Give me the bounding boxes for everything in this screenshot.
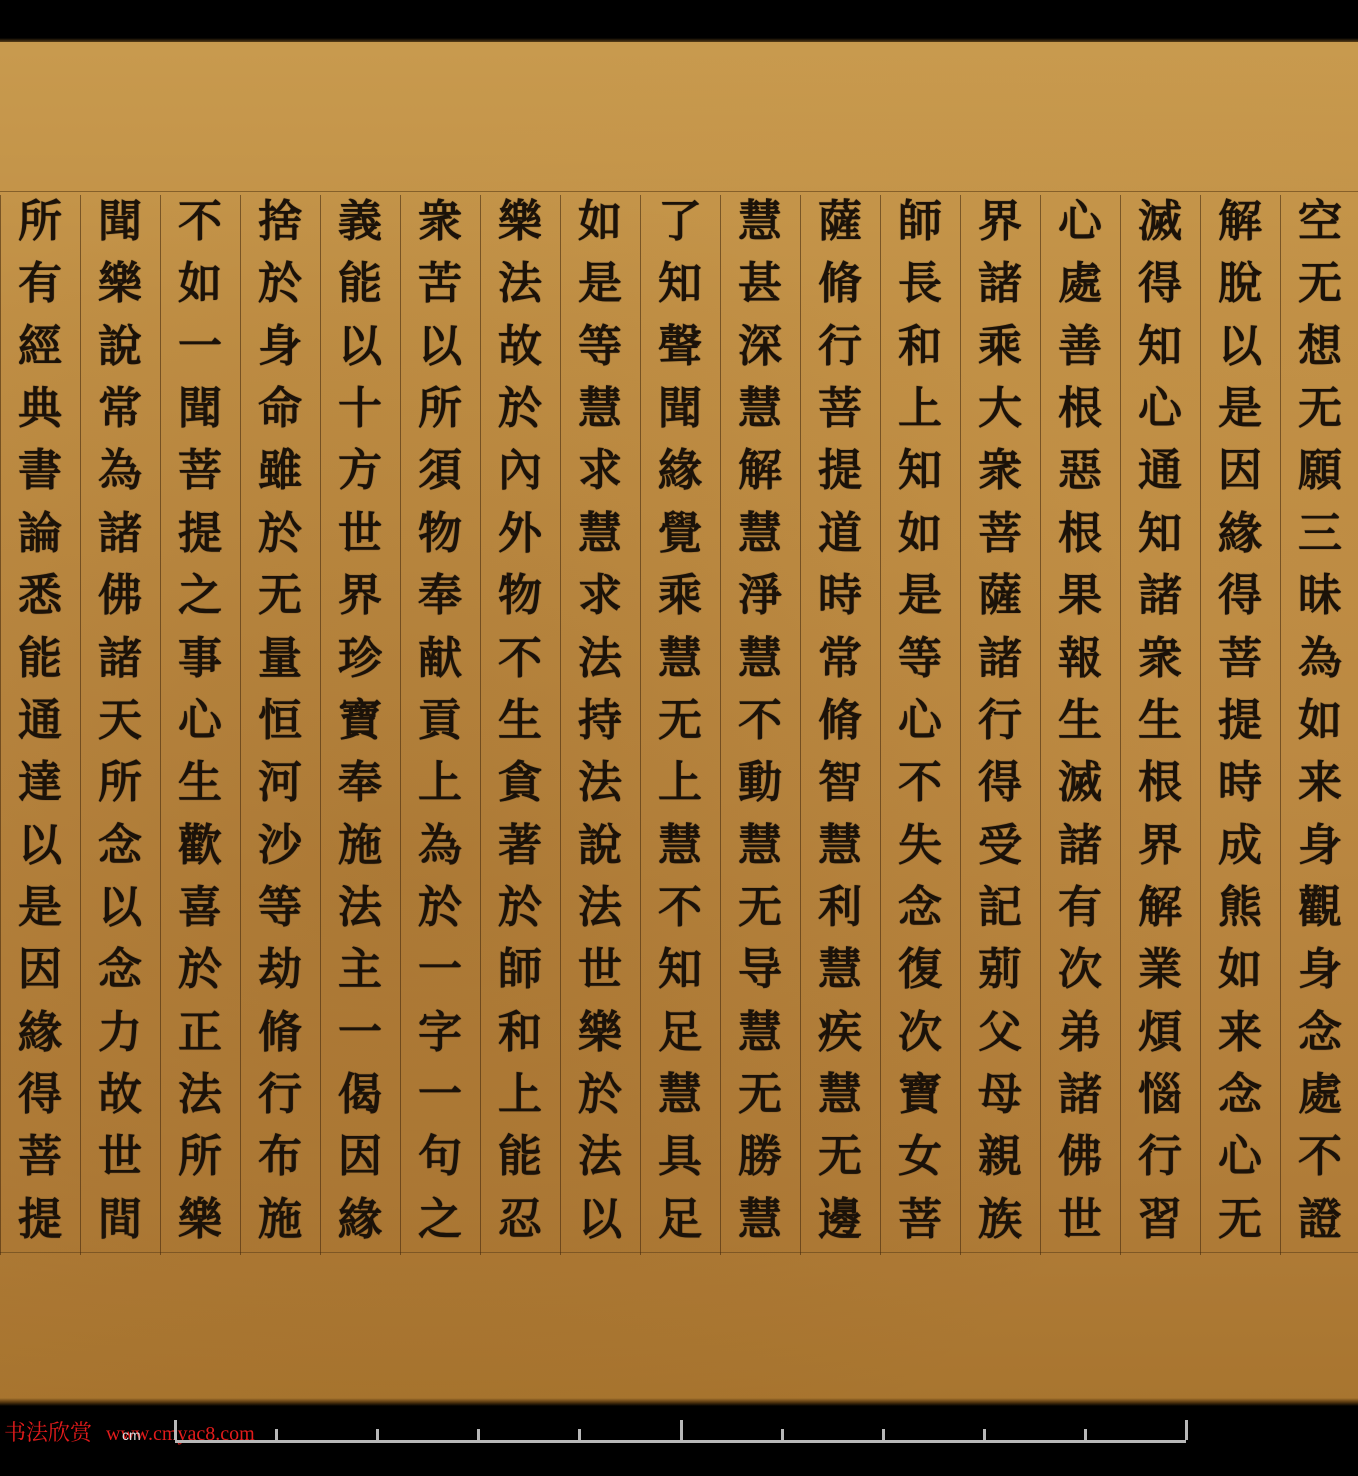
calligraphy-character: 義: [338, 200, 382, 257]
calligraphy-character: 是: [578, 262, 622, 319]
calligraphy-character: 三: [1298, 512, 1342, 569]
calligraphy-character: 生: [1138, 699, 1182, 756]
calligraphy-character: 知: [1138, 325, 1182, 382]
calligraphy-character: 佛: [98, 574, 142, 631]
ruler-unit-label: cm: [122, 1427, 141, 1443]
ruler-tick: [275, 1429, 278, 1440]
calligraphy-character: 心: [1138, 387, 1182, 444]
calligraphy-character: 深: [738, 325, 782, 382]
calligraphy-character: 惱: [1138, 1073, 1182, 1130]
text-column: 如是等慧求慧求法持法說法世樂於法以: [560, 195, 639, 1255]
calligraphy-character: 諸: [1058, 824, 1102, 881]
calligraphy-character: 上: [498, 1073, 542, 1130]
calligraphy-character: 師: [498, 948, 542, 1005]
calligraphy-character: 故: [498, 325, 542, 382]
calligraphy-character: 是: [18, 886, 62, 943]
calligraphy-character: 慧: [658, 1073, 702, 1130]
calligraphy-character: 所: [418, 387, 462, 444]
calligraphy-character: 捨: [258, 200, 302, 257]
text-column: 不如一聞菩提之事心生歡喜於正法所樂: [160, 195, 239, 1255]
calligraphy-character: 上: [658, 761, 702, 818]
calligraphy-character: 珍: [338, 637, 382, 694]
calligraphy-character: 脩: [818, 699, 862, 756]
calligraphy-character: 於: [258, 512, 302, 569]
text-column: 義能以十方世界珍寶奉施法主一偈因緣: [320, 195, 399, 1255]
calligraphy-character: 不: [658, 886, 702, 943]
calligraphy-character: 以: [1218, 325, 1262, 382]
calligraphy-character: 无: [258, 574, 302, 631]
calligraphy-character: 河: [258, 761, 302, 818]
calligraphy-character: 行: [258, 1073, 302, 1130]
scroll-bottom-edge: [0, 1398, 1358, 1406]
calligraphy-character: 業: [1138, 948, 1182, 1005]
calligraphy-character: 以: [418, 325, 462, 382]
calligraphy-character: 施: [338, 824, 382, 881]
calligraphy-character: 一: [418, 1073, 462, 1130]
calligraphy-character: 一: [178, 325, 222, 382]
calligraphy-character: 慧: [738, 824, 782, 881]
calligraphy-character: 為: [418, 824, 462, 881]
calligraphy-character: 知: [658, 948, 702, 1005]
calligraphy-character: 无: [738, 1073, 782, 1130]
calligraphy-character: 沙: [258, 824, 302, 881]
calligraphy-character: 於: [498, 886, 542, 943]
calligraphy-character: 諸: [98, 512, 142, 569]
calligraphy-character: 衆: [418, 200, 462, 257]
text-column: 心處善根惡根果報生滅諸有次弟諸佛世: [1040, 195, 1119, 1255]
calligraphy-character: 記: [978, 886, 1022, 943]
calligraphy-character: 脩: [818, 262, 862, 319]
text-column: 樂法故於內外物不生貪著於師和上能忍: [480, 195, 559, 1255]
calligraphy-character: 通: [1138, 449, 1182, 506]
calligraphy-character: 劫: [258, 948, 302, 1005]
calligraphy-character: 不: [898, 761, 942, 818]
calligraphy-character: 法: [578, 1135, 622, 1192]
calligraphy-character: 不: [178, 200, 222, 257]
calligraphy-character: 緣: [658, 449, 702, 506]
calligraphy-character: 長: [898, 262, 942, 319]
calligraphy-character: 成: [1218, 824, 1262, 881]
scale-ruler: [175, 1440, 1186, 1443]
calligraphy-character: 所: [18, 200, 62, 257]
calligraphy-character: 族: [978, 1198, 1022, 1255]
calligraphy-character: 乘: [978, 325, 1022, 382]
ruler-tick: [1084, 1429, 1087, 1440]
calligraphy-character: 主: [338, 948, 382, 1005]
text-column: 空无想无願三昧為如来身觀身念處不證: [1280, 195, 1358, 1255]
calligraphy-character: 菩: [898, 1198, 942, 1255]
calligraphy-character: 次: [898, 1011, 942, 1068]
calligraphy-character: 一: [418, 948, 462, 1005]
calligraphy-character: 等: [258, 886, 302, 943]
calligraphy-character: 如: [1218, 948, 1262, 1005]
calligraphy-character: 无: [658, 699, 702, 756]
calligraphy-character: 所: [98, 761, 142, 818]
ruler-tick: [983, 1429, 986, 1440]
calligraphy-character: 故: [98, 1073, 142, 1130]
calligraphy-character: 无: [818, 1135, 862, 1192]
calligraphy-character: 以: [18, 824, 62, 881]
calligraphy-character: 聞: [658, 387, 702, 444]
calligraphy-character: 了: [658, 200, 702, 257]
calligraphy-character: 慧: [818, 1073, 862, 1130]
calligraphy-character: 足: [658, 1011, 702, 1068]
calligraphy-character: 力: [98, 1011, 142, 1068]
calligraphy-character: 求: [578, 574, 622, 631]
calligraphy-character: 不: [498, 637, 542, 694]
calligraphy-character: 念: [1218, 1073, 1262, 1130]
calligraphy-character: 句: [418, 1135, 462, 1192]
calligraphy-character: 佛: [1058, 1135, 1102, 1192]
calligraphy-character: 来: [1218, 1011, 1262, 1068]
calligraphy-character: 慧: [578, 512, 622, 569]
calligraphy-character: 物: [498, 574, 542, 631]
ruler-tick: [1185, 1420, 1188, 1440]
calligraphy-character: 智: [818, 761, 862, 818]
calligraphy-character: 心: [1218, 1135, 1262, 1192]
calligraphy-character: 提: [1218, 699, 1262, 756]
calligraphy-character: 世: [578, 948, 622, 1005]
calligraphy-character: 忍: [498, 1198, 542, 1255]
calligraphy-character: 諸: [1138, 574, 1182, 631]
calligraphy-character: 慧: [658, 637, 702, 694]
calligraphy-character: 於: [498, 387, 542, 444]
calligraphy-character: 願: [1298, 449, 1342, 506]
calligraphy-character: 次: [1058, 948, 1102, 1005]
calligraphy-character: 之: [418, 1198, 462, 1255]
calligraphy-character: 偈: [338, 1073, 382, 1130]
calligraphy-character: 知: [658, 262, 702, 319]
calligraphy-character: 滅: [1058, 761, 1102, 818]
calligraphy-character: 如: [178, 262, 222, 319]
calligraphy-character: 內: [498, 449, 542, 506]
calligraphy-character: 道: [818, 512, 862, 569]
calligraphy-character: 一: [338, 1011, 382, 1068]
calligraphy-character: 諸: [978, 637, 1022, 694]
calligraphy-character: 菩: [1218, 637, 1262, 694]
calligraphy-character: 得: [1138, 262, 1182, 319]
calligraphy-character: 薩: [818, 200, 862, 257]
calligraphy-character: 滅: [1138, 200, 1182, 257]
calligraphy-character: 菩: [178, 449, 222, 506]
text-column: 界諸乘大衆菩薩諸行得受記莂父母親族: [960, 195, 1039, 1255]
calligraphy-character: 身: [1298, 824, 1342, 881]
ruler-tick: [174, 1420, 177, 1440]
calligraphy-character: 緣: [18, 1011, 62, 1068]
calligraphy-character: 時: [1218, 761, 1262, 818]
calligraphy-character: 天: [98, 699, 142, 756]
calligraphy-character: 著: [498, 824, 542, 881]
calligraphy-character: 有: [1058, 886, 1102, 943]
calligraphy-character: 具: [658, 1135, 702, 1192]
calligraphy-character: 得: [1218, 574, 1262, 631]
calligraphy-character: 聞: [178, 387, 222, 444]
calligraphy-character: 生: [178, 761, 222, 818]
calligraphy-character: 煩: [1138, 1011, 1182, 1068]
calligraphy-character: 間: [98, 1198, 142, 1255]
calligraphy-character: 世: [98, 1135, 142, 1192]
calligraphy-character: 如: [898, 512, 942, 569]
calligraphy-character: 諸: [1058, 1073, 1102, 1130]
calligraphy-character: 奉: [418, 574, 462, 631]
calligraphy-character: 乘: [658, 574, 702, 631]
calligraphy-character: 說: [578, 824, 622, 881]
calligraphy-character: 慧: [818, 824, 862, 881]
calligraphy-character: 念: [898, 886, 942, 943]
calligraphy-character: 念: [98, 948, 142, 1005]
calligraphy-character: 上: [898, 387, 942, 444]
calligraphy-character: 外: [498, 512, 542, 569]
calligraphy-character: 所: [178, 1135, 222, 1192]
calligraphy-character: 慧: [818, 948, 862, 1005]
calligraphy-character: 命: [258, 387, 302, 444]
calligraphy-character: 解: [1218, 200, 1262, 257]
calligraphy-character: 覺: [658, 512, 702, 569]
calligraphy-character: 菩: [978, 512, 1022, 569]
calligraphy-character: 於: [578, 1073, 622, 1130]
calligraphy-character: 心: [1058, 200, 1102, 257]
ruler-tick: [781, 1429, 784, 1440]
calligraphy-character: 方: [338, 449, 382, 506]
calligraphy-character: 處: [1058, 262, 1102, 319]
calligraphy-character: 法: [178, 1073, 222, 1130]
calligraphy-character: 典: [18, 387, 62, 444]
calligraphy-character: 和: [898, 325, 942, 382]
calligraphy-character: 歡: [178, 824, 222, 881]
text-column: 師長和上知如是等心不失念復次寶女菩: [880, 195, 959, 1255]
calligraphy-character: 熊: [1218, 886, 1262, 943]
calligraphy-character: 於: [178, 948, 222, 1005]
calligraphy-character: 諸: [98, 637, 142, 694]
calligraphy-character: 无: [738, 886, 782, 943]
calligraphy-character: 通: [18, 699, 62, 756]
calligraphy-character: 和: [498, 1011, 542, 1068]
calligraphy-character: 報: [1058, 637, 1102, 694]
calligraphy-character: 莂: [978, 948, 1022, 1005]
calligraphy-character: 界: [1138, 824, 1182, 881]
calligraphy-character: 樂: [498, 200, 542, 257]
calligraphy-character: 不: [738, 699, 782, 756]
calligraphy-character: 處: [1298, 1073, 1342, 1130]
calligraphy-character: 菩: [818, 387, 862, 444]
ruler-tick: [376, 1429, 379, 1440]
calligraphy-character: 樂: [98, 262, 142, 319]
ruler-tick: [578, 1429, 581, 1440]
calligraphy-character: 以: [98, 886, 142, 943]
calligraphy-character: 失: [898, 824, 942, 881]
calligraphy-character: 貪: [498, 761, 542, 818]
calligraphy-character: 等: [898, 637, 942, 694]
text-column: 捨於身命雖於无量恒河沙等劫脩行布施: [240, 195, 319, 1255]
calligraphy-character: 能: [338, 262, 382, 319]
calligraphy-character: 根: [1138, 761, 1182, 818]
calligraphy-character: 女: [898, 1135, 942, 1192]
calligraphy-character: 常: [818, 637, 862, 694]
calligraphy-character: 如: [1298, 699, 1342, 756]
calligraphy-character: 是: [898, 574, 942, 631]
watermark-title: 书法欣赏: [4, 1416, 92, 1447]
calligraphy-character: 達: [18, 761, 62, 818]
calligraphy-character: 時: [818, 574, 862, 631]
calligraphy-character: 无: [1218, 1198, 1262, 1255]
calligraphy-character: 世: [338, 512, 382, 569]
calligraphy-character: 聲: [658, 325, 702, 382]
calligraphy-character: 寶: [898, 1073, 942, 1130]
calligraphy-character: 知: [1138, 512, 1182, 569]
calligraphy-character: 薩: [978, 574, 1022, 631]
calligraphy-character: 慧: [738, 200, 782, 257]
calligraphy-character: 緣: [1218, 512, 1262, 569]
calligraphy-character: 緣: [338, 1198, 382, 1255]
calligraphy-character: 弟: [1058, 1011, 1102, 1068]
calligraphy-character: 生: [498, 699, 542, 756]
calligraphy-character: 證: [1298, 1198, 1342, 1255]
ruled-line-top: [0, 191, 1358, 192]
ruler-tick: [882, 1429, 885, 1440]
calligraphy-character: 正: [178, 1011, 222, 1068]
calligraphy-character: 衆: [1138, 637, 1182, 694]
calligraphy-character: 脫: [1218, 262, 1262, 319]
calligraphy-character: 得: [978, 761, 1022, 818]
calligraphy-character: 求: [578, 449, 622, 506]
calligraphy-character: 善: [1058, 325, 1102, 382]
calligraphy-character: 等: [578, 325, 622, 382]
calligraphy-character: 提: [818, 449, 862, 506]
calligraphy-character: 得: [18, 1073, 62, 1130]
calligraphy-character: 昧: [1298, 574, 1342, 631]
text-column: 衆苦以所須物奉献貢上為於一字一句之: [400, 195, 479, 1255]
calligraphy-character: 動: [738, 761, 782, 818]
calligraphy-character: 於: [418, 886, 462, 943]
calligraphy-character: 法: [578, 886, 622, 943]
calligraphy-character: 書: [18, 449, 62, 506]
calligraphy-character: 母: [978, 1073, 1022, 1130]
calligraphy-character: 說: [98, 325, 142, 382]
calligraphy-character: 恒: [258, 699, 302, 756]
calligraphy-character: 利: [818, 886, 862, 943]
calligraphy-character: 十: [338, 387, 382, 444]
calligraphy-character: 行: [818, 325, 862, 382]
calligraphy-character: 勝: [738, 1135, 782, 1192]
text-column: 慧甚深慧解慧淨慧不動慧无导慧无勝慧: [720, 195, 799, 1255]
calligraphy-character: 因: [338, 1135, 382, 1192]
calligraphy-character: 衆: [978, 449, 1022, 506]
calligraphy-character: 慧: [738, 637, 782, 694]
calligraphy-character: 慧: [578, 387, 622, 444]
text-column: 薩脩行菩提道時常脩智慧利慧疾慧无邊: [800, 195, 879, 1255]
text-column: 了知聲聞緣覺乘慧无上慧不知足慧具足: [640, 195, 719, 1255]
calligraphy-character: 邊: [818, 1198, 862, 1255]
calligraphy-character: 身: [1298, 948, 1342, 1005]
calligraphy-character: 受: [978, 824, 1022, 881]
calligraphy-character: 界: [338, 574, 382, 631]
calligraphy-character: 世: [1058, 1198, 1102, 1255]
calligraphy-character: 布: [258, 1135, 302, 1192]
calligraphy-character: 惡: [1058, 449, 1102, 506]
calligraphy-character: 習: [1138, 1198, 1182, 1255]
calligraphy-character: 施: [258, 1198, 302, 1255]
calligraphy-character: 慧: [738, 512, 782, 569]
text-column: 滅得知心通知諸衆生根界解業煩惱行習: [1120, 195, 1199, 1255]
calligraphy-character: 界: [978, 200, 1022, 257]
calligraphy-character: 解: [1138, 886, 1182, 943]
calligraphy-character: 慧: [738, 1011, 782, 1068]
calligraphy-character: 念: [98, 824, 142, 881]
calligraphy-character: 有: [18, 262, 62, 319]
calligraphy-character: 空: [1298, 200, 1342, 257]
calligraphy-character: 貢: [418, 699, 462, 756]
calligraphy-character: 慧: [738, 387, 782, 444]
ruler-tick: [680, 1420, 683, 1440]
calligraphy-character: 提: [18, 1198, 62, 1255]
calligraphy-character: 不: [1298, 1135, 1342, 1192]
calligraphy-character: 法: [498, 262, 542, 319]
calligraphy-character: 脩: [258, 1011, 302, 1068]
calligraphy-character: 想: [1298, 325, 1342, 382]
calligraphy-character: 量: [258, 637, 302, 694]
calligraphy-character: 念: [1298, 1011, 1342, 1068]
calligraphy-character: 如: [578, 200, 622, 257]
calligraphy-character: 能: [498, 1135, 542, 1192]
calligraphy-character: 法: [578, 637, 622, 694]
ruler-tick: [477, 1429, 480, 1440]
calligraphy-character: 疾: [818, 1011, 862, 1068]
calligraphy-character: 知: [898, 449, 942, 506]
calligraphy-character: 根: [1058, 387, 1102, 444]
calligraphy-character: 淨: [738, 574, 782, 631]
calligraphy-character: 因: [1218, 449, 1262, 506]
calligraphy-character: 导: [738, 948, 782, 1005]
text-column: 解脫以是因緣得菩提時成熊如来念心无: [1200, 195, 1279, 1255]
calligraphy-character: 經: [18, 325, 62, 382]
calligraphy-character: 以: [338, 325, 382, 382]
calligraphy-character: 生: [1058, 699, 1102, 756]
text-column: 聞樂說常為諸佛諸天所念以念力故世間: [80, 195, 159, 1255]
calligraphy-character: 上: [418, 761, 462, 818]
calligraphy-character: 雖: [258, 449, 302, 506]
calligraphy-character: 足: [658, 1198, 702, 1255]
calligraphy-character: 因: [18, 948, 62, 1005]
calligraphy-character: 為: [98, 449, 142, 506]
calligraphy-character: 為: [1298, 637, 1342, 694]
calligraphy-character: 持: [578, 699, 622, 756]
calligraphy-character: 心: [178, 699, 222, 756]
calligraphy-character: 大: [978, 387, 1022, 444]
calligraphy-character: 樂: [578, 1011, 622, 1068]
calligraphy-character: 心: [898, 699, 942, 756]
calligraphy-character: 慧: [658, 824, 702, 881]
calligraphy-character: 慧: [738, 1198, 782, 1255]
calligraphy-character: 身: [258, 325, 302, 382]
calligraphy-character: 於: [258, 262, 302, 319]
calligraphy-character: 奉: [338, 761, 382, 818]
calligraphy-character: 解: [738, 449, 782, 506]
calligraphy-character: 親: [978, 1135, 1022, 1192]
calligraphy-character: 无: [1298, 262, 1342, 319]
calligraphy-character: 師: [898, 200, 942, 257]
calligraphy-character: 事: [178, 637, 222, 694]
calligraphy-character: 寶: [338, 699, 382, 756]
calligraphy-character: 献: [418, 637, 462, 694]
calligraphy-character: 聞: [98, 200, 142, 257]
calligraphy-character: 須: [418, 449, 462, 506]
calligraphy-character: 父: [978, 1011, 1022, 1068]
calligraphy-character: 喜: [178, 886, 222, 943]
calligraphy-character: 苦: [418, 262, 462, 319]
calligraphy-character: 字: [418, 1011, 462, 1068]
calligraphy-character: 之: [178, 574, 222, 631]
calligraphy-character: 法: [338, 886, 382, 943]
